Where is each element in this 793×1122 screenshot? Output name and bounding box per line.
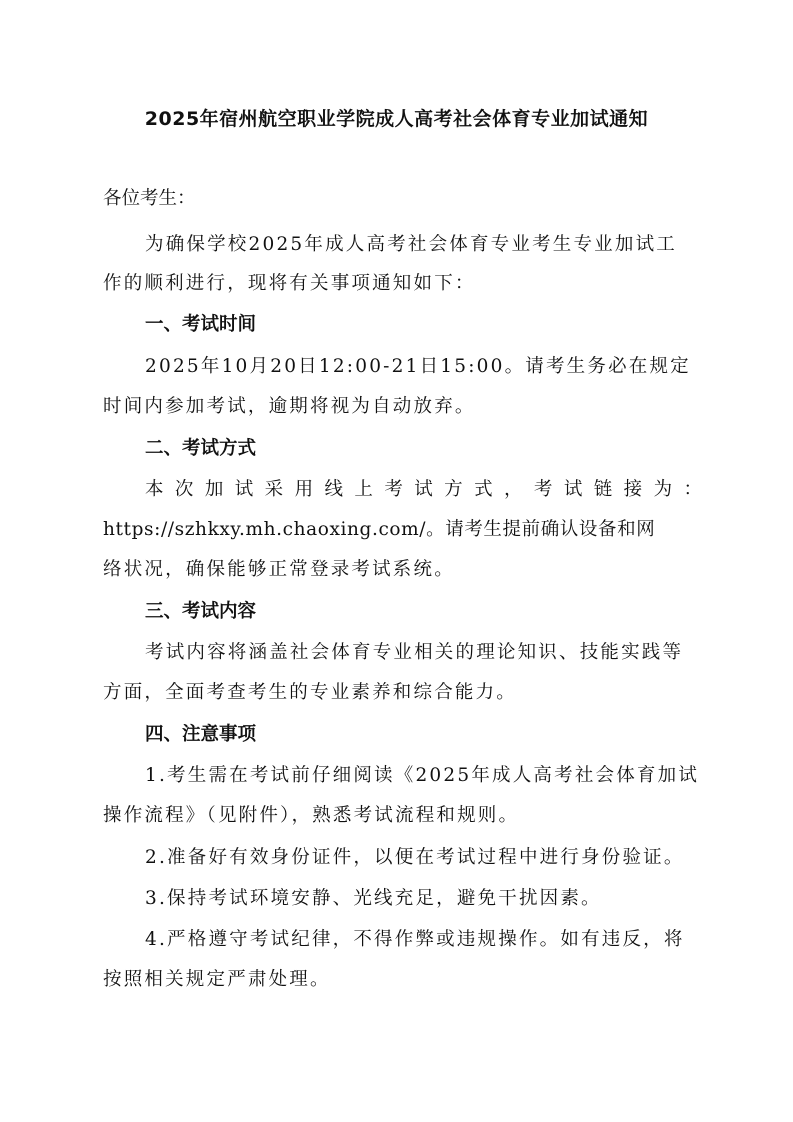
section-heading-exam-method: 二、考试方式 [145, 437, 256, 461]
document-title: 2025年宿州航空职业学院成人高考社会体育专业加试通知 [0, 104, 793, 131]
salutation: 各位考生： [103, 187, 703, 211]
exam-time-line-1: 2025年10月20日12:00-21日15:00。请考生务必在规定 [145, 355, 702, 379]
note-4-line-2: 按照相关规定严肃处理。 [103, 968, 703, 992]
document-page: 2025年宿州航空职业学院成人高考社会体育专业加试通知 各位考生： 为确保学校2… [0, 0, 793, 1122]
exam-time-line-2: 时间内参加考试，逾期将视为自动放弃。 [103, 395, 703, 419]
note-4-line-1: 4.严格遵守考试纪律，不得作弊或违规操作。如有违反，将 [145, 928, 702, 952]
note-3: 3.保持考试环境安静、光线充足，避免干扰因素。 [145, 887, 702, 911]
exam-method-line-1: 本次加试采用线上考试方式，考试链接为： [145, 478, 702, 502]
note-2: 2.准备好有效身份证件，以便在考试过程中进行身份验证。 [145, 846, 702, 870]
section-heading-exam-content: 三、考试内容 [145, 600, 256, 624]
intro-line-2: 作的顺利进行，现将有关事项通知如下： [103, 272, 703, 296]
exam-content-line-2: 方面，全面考查考生的专业素养和综合能力。 [103, 681, 703, 705]
section-heading-notes: 四、注意事项 [145, 723, 256, 747]
section-heading-exam-time: 一、考试时间 [145, 313, 256, 337]
exam-method-line-3: 络状况，确保能够正常登录考试系统。 [103, 558, 703, 582]
exam-content-line-1: 考试内容将涵盖社会体育专业相关的理论知识、技能实践等 [145, 641, 702, 665]
note-1-line-1: 1.考生需在考试前仔细阅读《2025年成人高考社会体育加试 [145, 764, 702, 788]
intro-line-1: 为确保学校2025年成人高考社会体育专业考生专业加试工 [145, 233, 702, 257]
exam-method-link-line[interactable]: https://szhkxy.mh.chaoxing.com/。请考生提前确认设… [103, 518, 703, 542]
note-1-line-2: 操作流程》（见附件），熟悉考试流程和规则。 [103, 804, 703, 828]
